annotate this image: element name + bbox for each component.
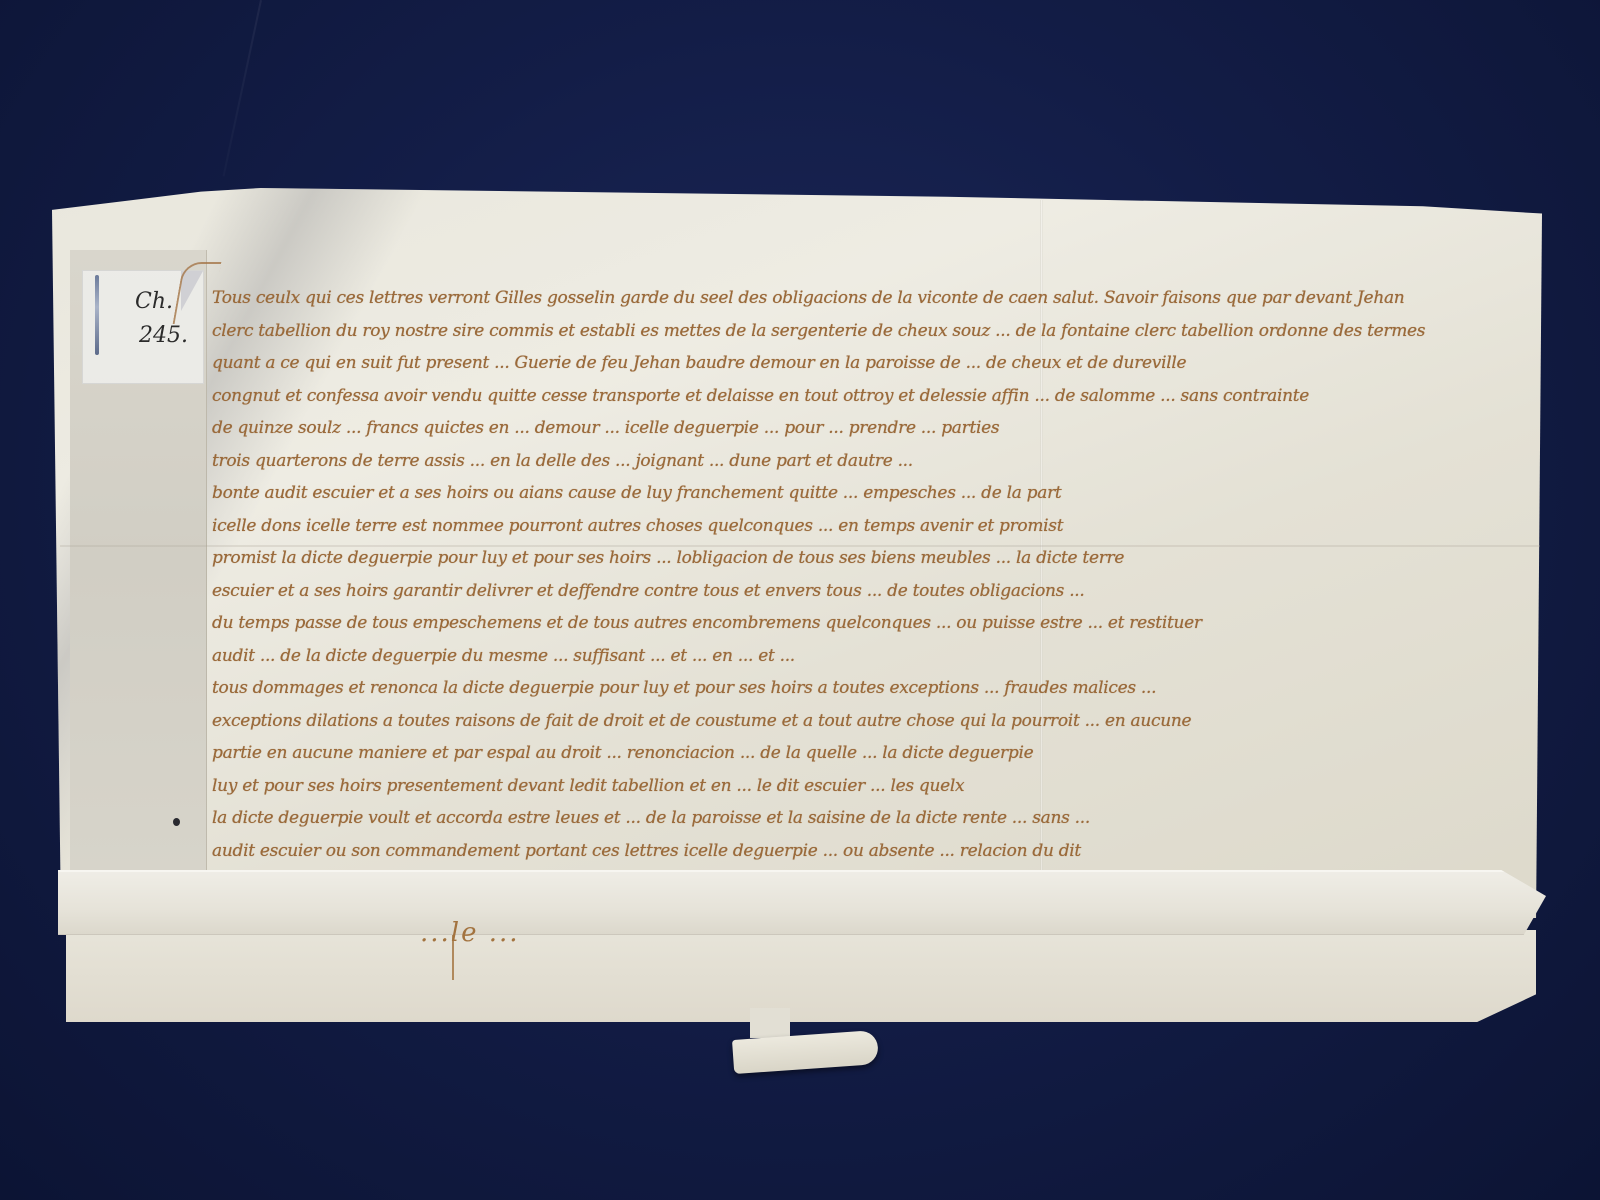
manuscript-line: audit escuier ou son commandement portan…: [212, 835, 1512, 868]
manuscript-line: icelle dons icelle terre est nommee pour…: [212, 510, 1512, 543]
manuscript-line: clerc tabellion du roy nostre sire commi…: [212, 315, 1512, 348]
manuscript-line: du temps passe de tous empeschemens et d…: [212, 607, 1512, 640]
signature-flourish: [452, 935, 454, 980]
parchment-bottom-underside: [66, 930, 1536, 1022]
manuscript-line: audit ... de la dicte deguerpie du mesme…: [212, 640, 1512, 673]
backdrop-scratch: [223, 0, 262, 176]
manuscript-line: quant a ce qui en suit fut present ... G…: [212, 347, 1512, 380]
manuscript-line: exceptions dilations a toutes raisons de…: [212, 705, 1512, 738]
manuscript-line: la dicte deguerpie voult et accorda estr…: [212, 802, 1512, 835]
manuscript-line: bonte audit escuier et a ses hoirs ou ai…: [212, 477, 1512, 510]
pin-icon: [95, 275, 99, 355]
manuscript-line: de quinze soulz ... francs quictes en ..…: [212, 412, 1512, 445]
manuscript-line: promist la dicte deguerpie pour luy et p…: [212, 542, 1512, 575]
manuscript-line: Tous ceulx qui ces lettres verront Gille…: [212, 282, 1512, 315]
manuscript-text: Tous ceulx qui ces lettres verront Gille…: [212, 282, 1512, 900]
manuscript-line: tous dommages et renonca la dicte deguer…: [212, 672, 1512, 705]
archive-label-number: 245.: [139, 323, 188, 348]
manuscript-line: luy et pour ses hoirs presentement devan…: [212, 770, 1512, 803]
seal-tag-slot: [750, 1008, 790, 1038]
notary-signature: ...le ...: [420, 918, 520, 948]
manuscript-line: partie en aucune maniere et par espal au…: [212, 737, 1512, 770]
manuscript-line: congnut et confessa avoir vendu quitte c…: [212, 380, 1512, 413]
manuscript-line: escuier et a ses hoirs garantir delivrer…: [212, 575, 1512, 608]
parchment-bottom-fold: [58, 870, 1546, 935]
archive-label-series: Ch.: [135, 289, 173, 314]
parchment-hole: [173, 818, 180, 826]
manuscript-line: trois quarterons de terre assis ... en l…: [212, 445, 1512, 478]
